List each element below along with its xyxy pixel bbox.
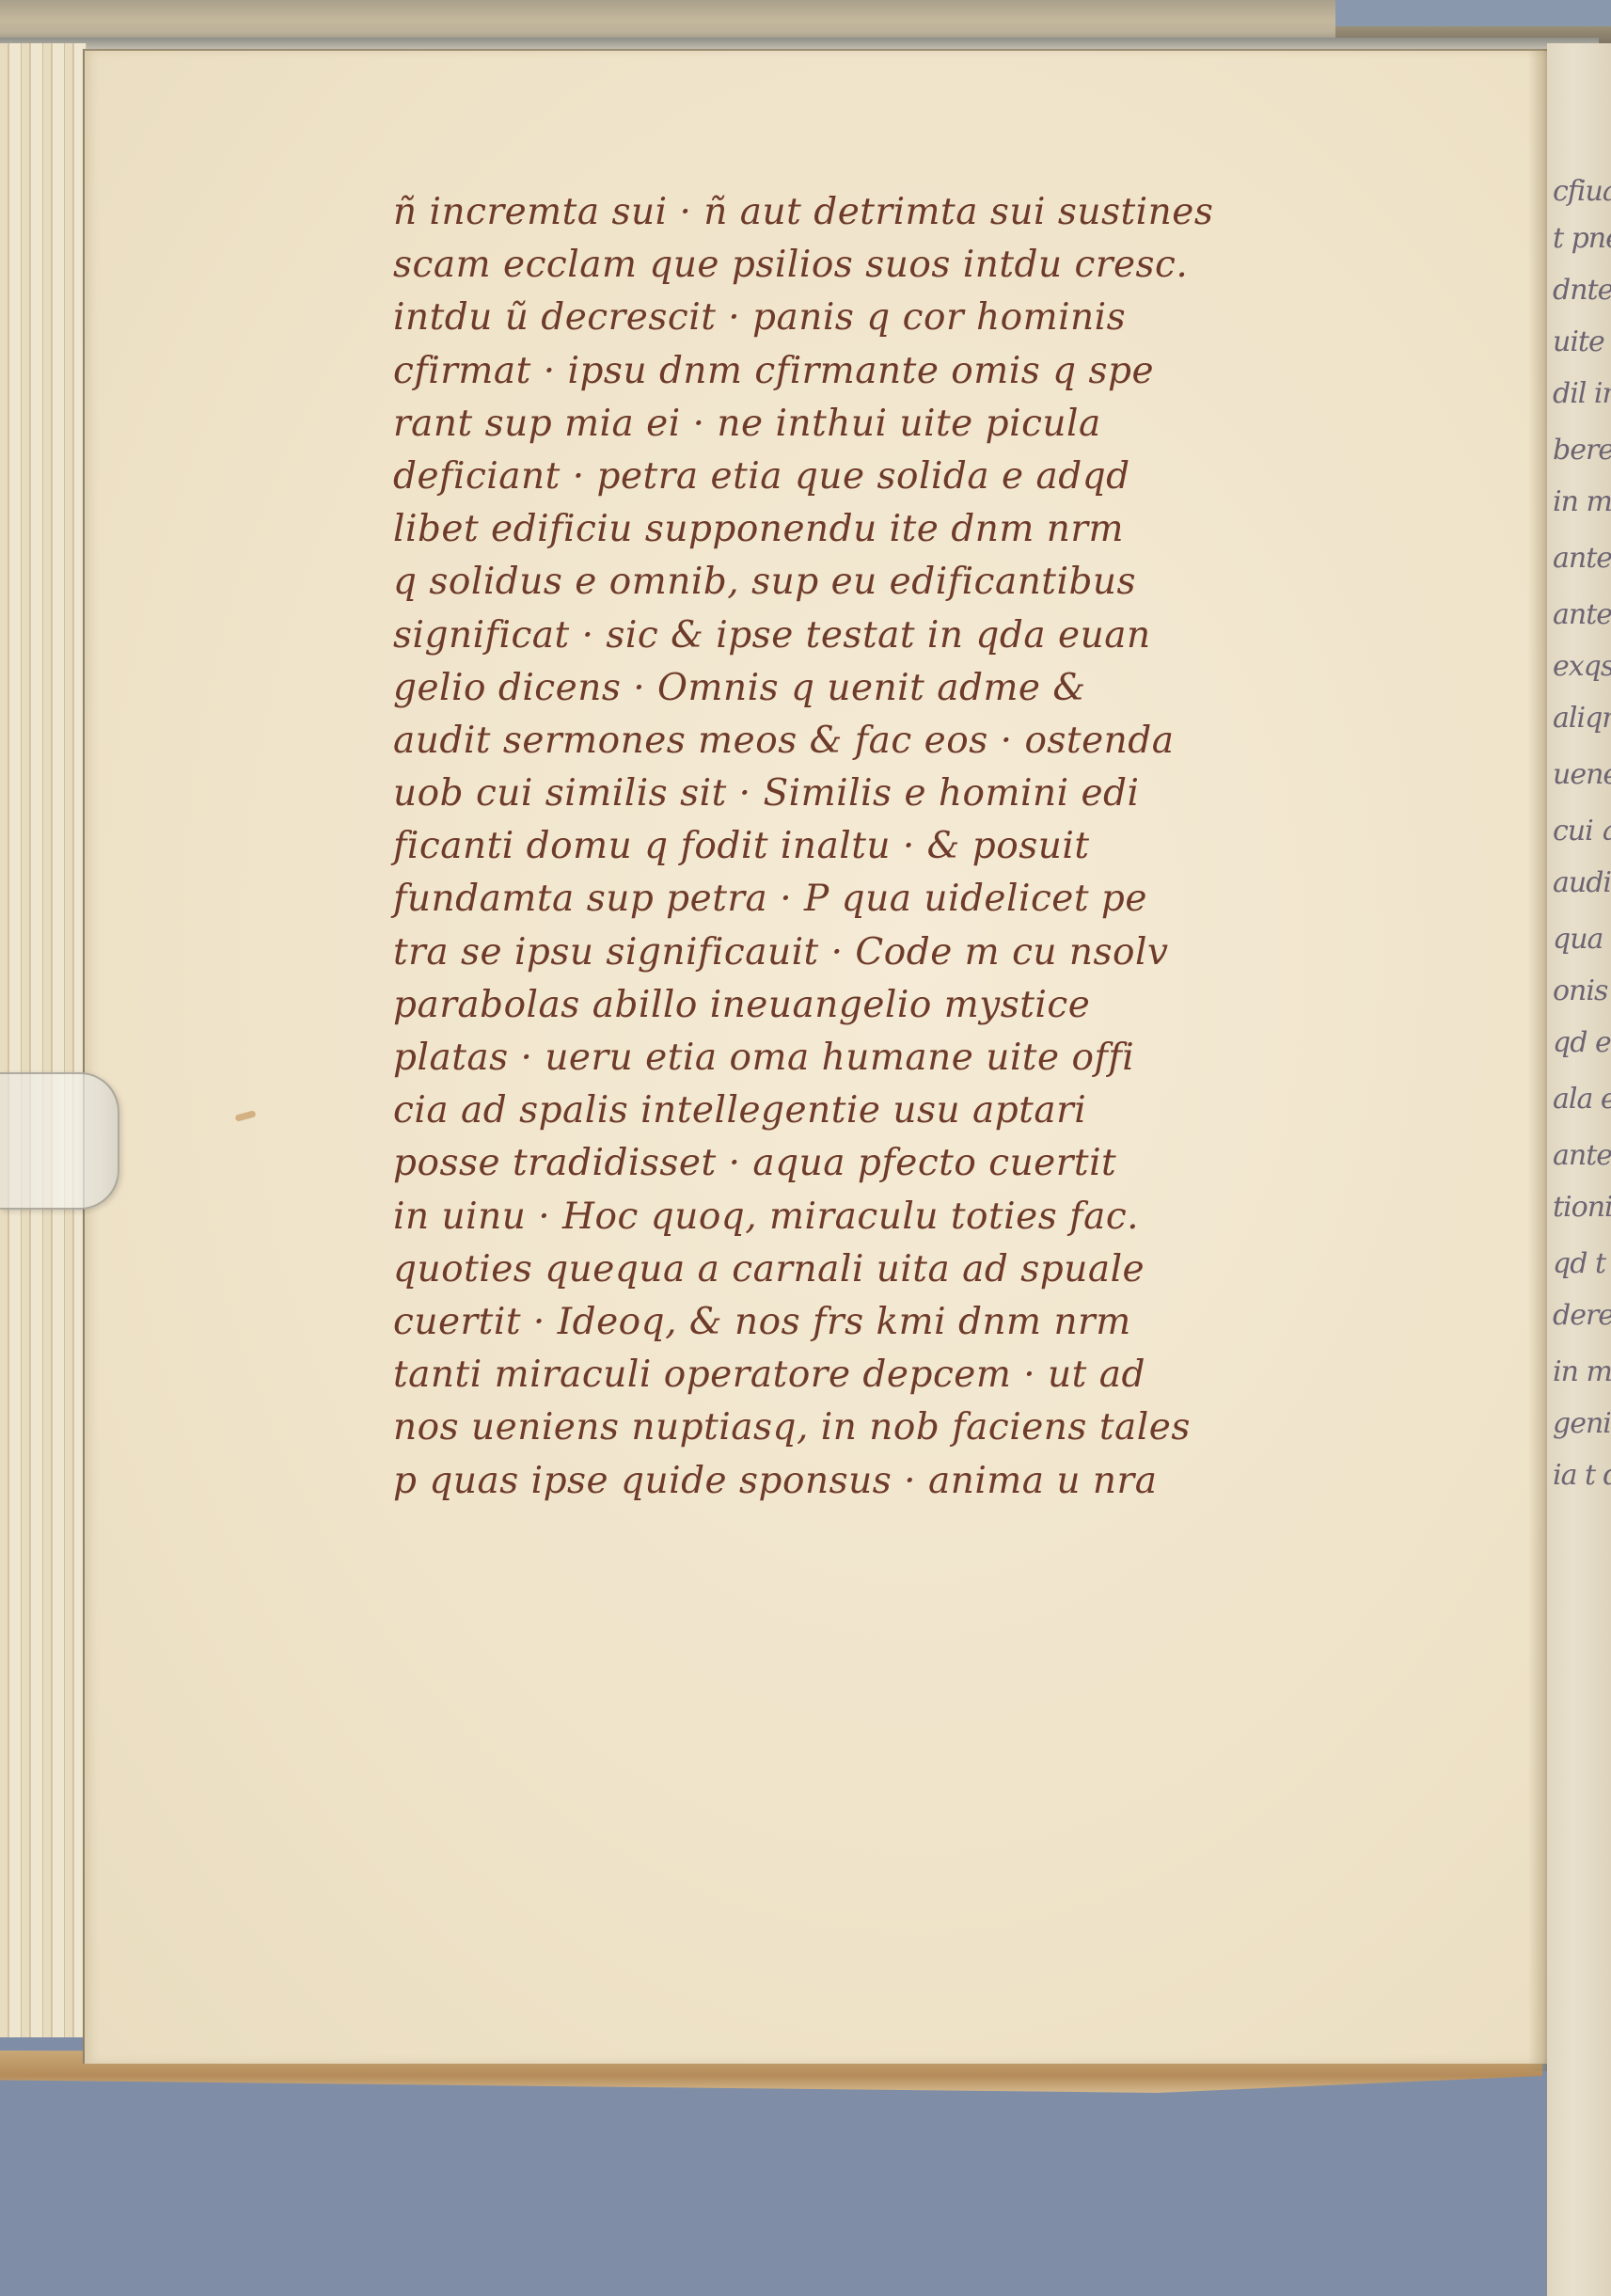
facing-text-fragment: cfiuat [1553, 175, 1611, 208]
facing-text-fragment: in multi [1553, 1355, 1611, 1388]
text-line: cfirmat · ipsu dnm cfirmante omis q spe [393, 345, 1456, 398]
page-stack-edges [0, 43, 87, 2037]
text-line: cia ad spalis intellegentie usu aptari [393, 1085, 1456, 1137]
text-line: ficanti domu q fodit inaltu · & posuit [393, 820, 1456, 873]
facing-text-fragment: ante deniq [1553, 1139, 1611, 1172]
facing-text-fragment: ante illu [1553, 542, 1611, 575]
facing-text-fragment: uite di [1553, 325, 1611, 358]
facing-text-fragment: dere fru [1553, 1299, 1611, 1332]
facing-text-fragment: qd t bon [1553, 1247, 1611, 1280]
text-line: p quas ipse quide sponsus · anima u nra [393, 1455, 1456, 1508]
text-line: nos ueniens nuptiasq, in nob faciens tal… [393, 1401, 1456, 1454]
facing-text-fragment: t pnec [1553, 222, 1611, 255]
text-line: quoties quequa a carnali uita ad spuale [393, 1243, 1456, 1296]
facing-text-fragment: dil in e [1553, 377, 1611, 410]
text-line: deficiant · petra etia que solida e adqd [393, 451, 1456, 503]
facing-text-fragment: qua ad [1553, 923, 1611, 956]
text-line: q solidus e omnib, sup eu edificantibus [393, 556, 1456, 609]
text-line: libet edificiu supponendu ite dnm nrm [393, 503, 1456, 556]
text-line: parabolas abillo ineuangelio mystice [393, 979, 1456, 1032]
facing-text-fragment: audiunt [1553, 866, 1611, 899]
main-text-block: ñ incremta sui · ñ aut detrimta sui sust… [393, 186, 1456, 1508]
facing-text-fragment: ala exami [1553, 1083, 1611, 1116]
facing-text-fragment: cui que [1553, 815, 1611, 847]
text-line: scam ecclam que psilios suos intdu cresc… [393, 239, 1456, 292]
ink-show-through [113, 527, 273, 581]
text-line: ñ incremta sui · ñ aut detrimta sui sust… [393, 186, 1456, 239]
text-line: uob cui similis sit · Similis e homini e… [393, 768, 1456, 820]
text-line: platas · ueru etia oma humane uite offi [393, 1032, 1456, 1085]
facing-text-fragment: onis digit [1553, 974, 1611, 1007]
facing-text-fragment: genii · Qd [1553, 1407, 1611, 1440]
page-clip [0, 1072, 119, 1210]
facing-text-fragment: bere pa [1553, 434, 1611, 467]
text-line: gelio dicens · Omnis q uenit adme & [393, 662, 1456, 715]
text-line: cuertit · Ideoq, & nos frs kmi dnm nrm [393, 1296, 1456, 1349]
gutter-shadow [1528, 49, 1549, 2071]
text-line: tra se ipsu significauit · Code m cu nso… [393, 926, 1456, 979]
text-line: fundamta sup petra · P qua uidelicet pe [393, 873, 1456, 926]
text-line: posse tradidisset · aqua pfecto cuertit [393, 1137, 1456, 1190]
facing-text-fragment: in mult [1553, 485, 1611, 518]
facing-text-fragment: dnte h [1553, 274, 1611, 307]
text-line: tanti miraculi operatore depcem · ut ad [393, 1349, 1456, 1401]
facing-page-strip: cfiuat t pnec dnte h uite di dil in e be… [1547, 43, 1611, 2296]
facing-text-fragment: qd editori [1553, 1026, 1611, 1059]
facing-text-fragment: exqsito [1553, 650, 1611, 683]
text-line: intdu ũ decrescit · panis q cor hominis [393, 292, 1456, 344]
facing-text-fragment: ante iu [1553, 598, 1611, 631]
facing-text-fragment: ia t diffide [1553, 1459, 1611, 1492]
facing-text-fragment: uenens u [1553, 758, 1611, 791]
text-line: in uinu · Hoc quoq, miraculu toties fac. [393, 1191, 1456, 1243]
text-line: audit sermones meos & fac eos · ostenda [393, 715, 1456, 768]
text-line: rant sup mia ei · ne inthui uite picula [393, 398, 1456, 451]
facing-text-fragment: tionis sul [1553, 1191, 1611, 1224]
facing-text-fragment: aliqndi [1553, 702, 1611, 735]
text-line: significat · sic & ipse testat in qda eu… [393, 610, 1456, 662]
